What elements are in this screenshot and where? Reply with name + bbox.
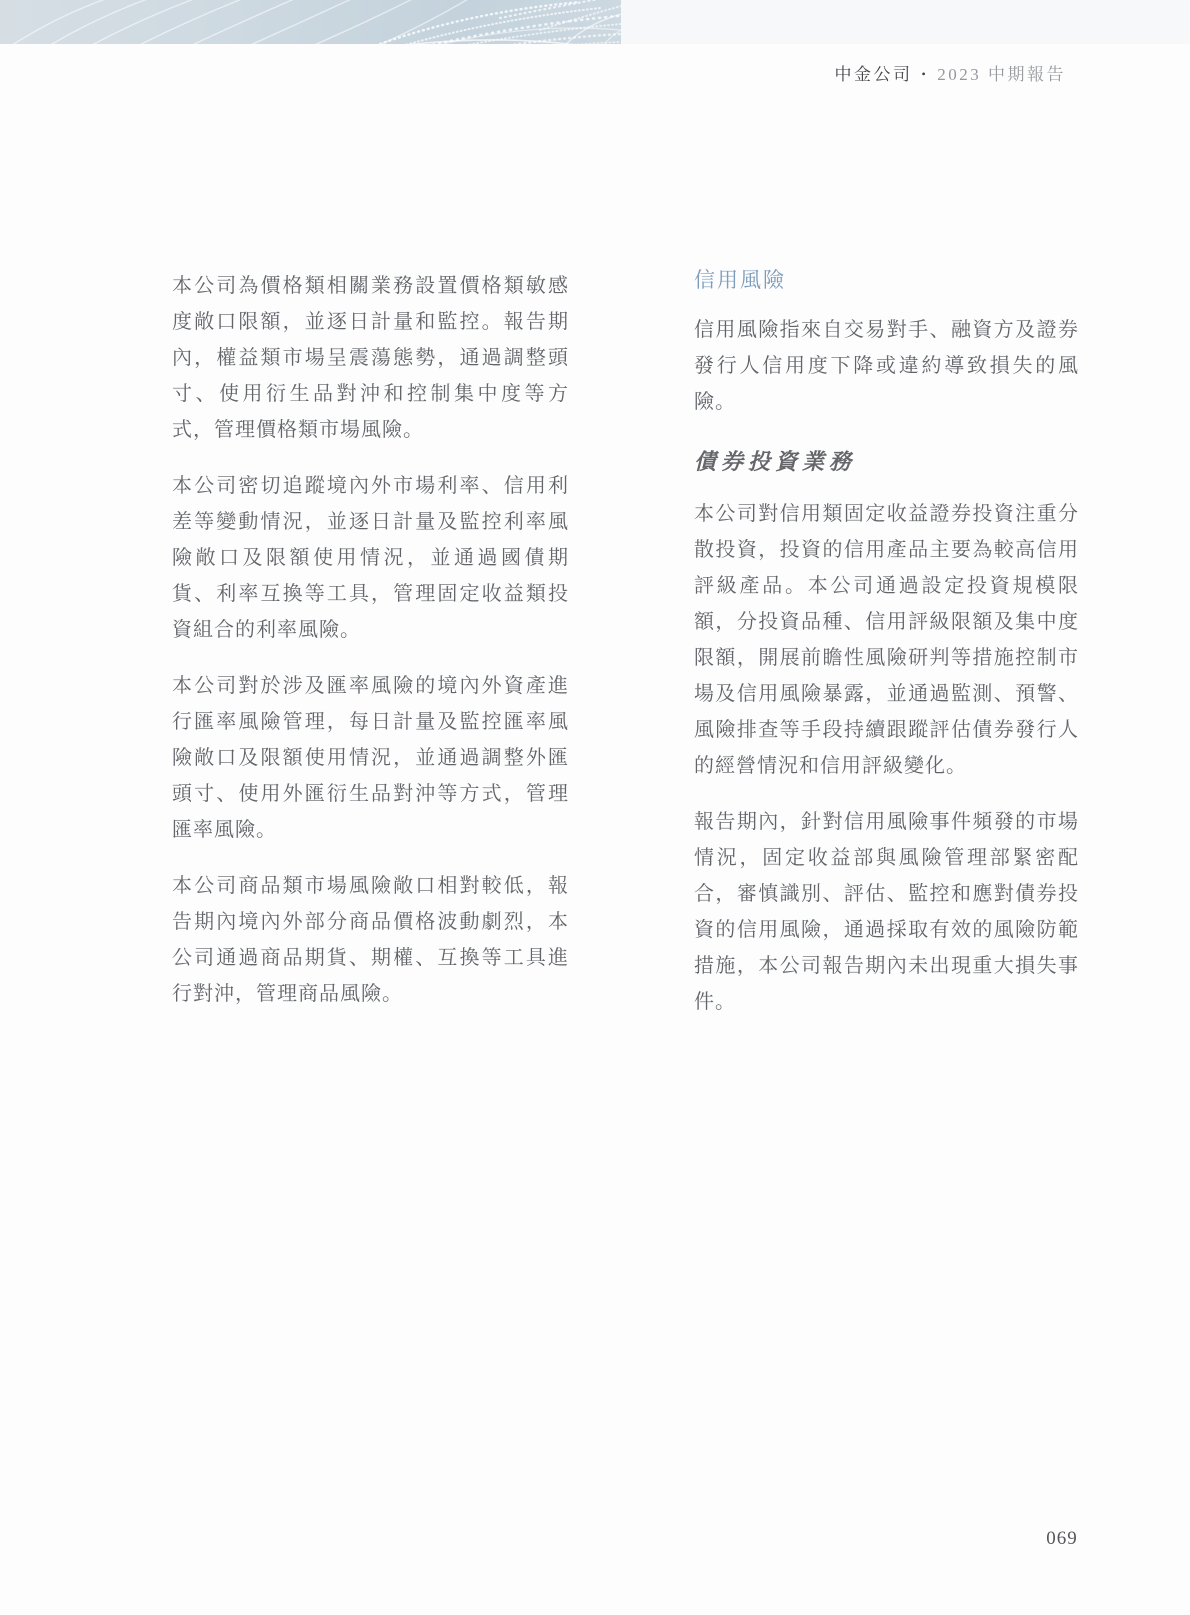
- paragraph-price-risk: 本公司為價格類相關業務設置價格類敏感度敞口限額，並逐日計量和監控。報告期內，權益…: [172, 268, 569, 448]
- header-report-title: 2023 中期報告: [937, 65, 1066, 84]
- paragraph-commodity-risk: 本公司商品類市場風險敞口相對較低，報告期內境內外部分商品價格波動劇烈，本公司通過…: [172, 868, 569, 1012]
- paragraph-fx-risk: 本公司對於涉及匯率風險的境內外資產進行匯率風險管理，每日計量及監控匯率風險敞口及…: [172, 668, 569, 848]
- page-header: 中金公司•2023 中期報告: [835, 60, 1066, 85]
- report-page: 中金公司•2023 中期報告 本公司為價格類相關業務設置價格類敏感度敞口限額，並…: [0, 0, 1190, 1615]
- header-brand: 中金公司: [835, 65, 913, 84]
- paragraph-interest-risk: 本公司密切追蹤境內外市場利率、信用利差等變動情況，並逐日計量及監控利率風險敞口及…: [172, 468, 569, 648]
- paragraph-bond-risk-response: 報告期內，針對信用風險事件頻發的市場情況，固定收益部與風險管理部緊密配合，審慎識…: [694, 804, 1079, 1020]
- header-background-strip: [621, 0, 1190, 44]
- section-heading-credit-risk: 信用風險: [694, 268, 1079, 294]
- paragraph-credit-risk-definition: 信用風險指來自交易對手、融資方及證券發行人信用度下降或違約導致損失的風險。: [694, 312, 1079, 420]
- right-column: 信用風險 信用風險指來自交易對手、融資方及證券發行人信用度下降或違約導致損失的風…: [694, 268, 1079, 1040]
- left-column: 本公司為價格類相關業務設置價格類敏感度敞口限額，並逐日計量和監控。報告期內，權益…: [172, 268, 569, 1032]
- paragraph-bond-investment-controls: 本公司對信用類固定收益證券投資注重分散投資，投資的信用產品主要為較高信用評級產品…: [694, 496, 1079, 784]
- decorative-banner-image: [0, 0, 621, 44]
- subsection-heading-bond-investment: 債券投資業務: [694, 448, 1079, 476]
- header-separator-dot: •: [922, 67, 929, 81]
- page-number: 069: [1012, 1528, 1112, 1550]
